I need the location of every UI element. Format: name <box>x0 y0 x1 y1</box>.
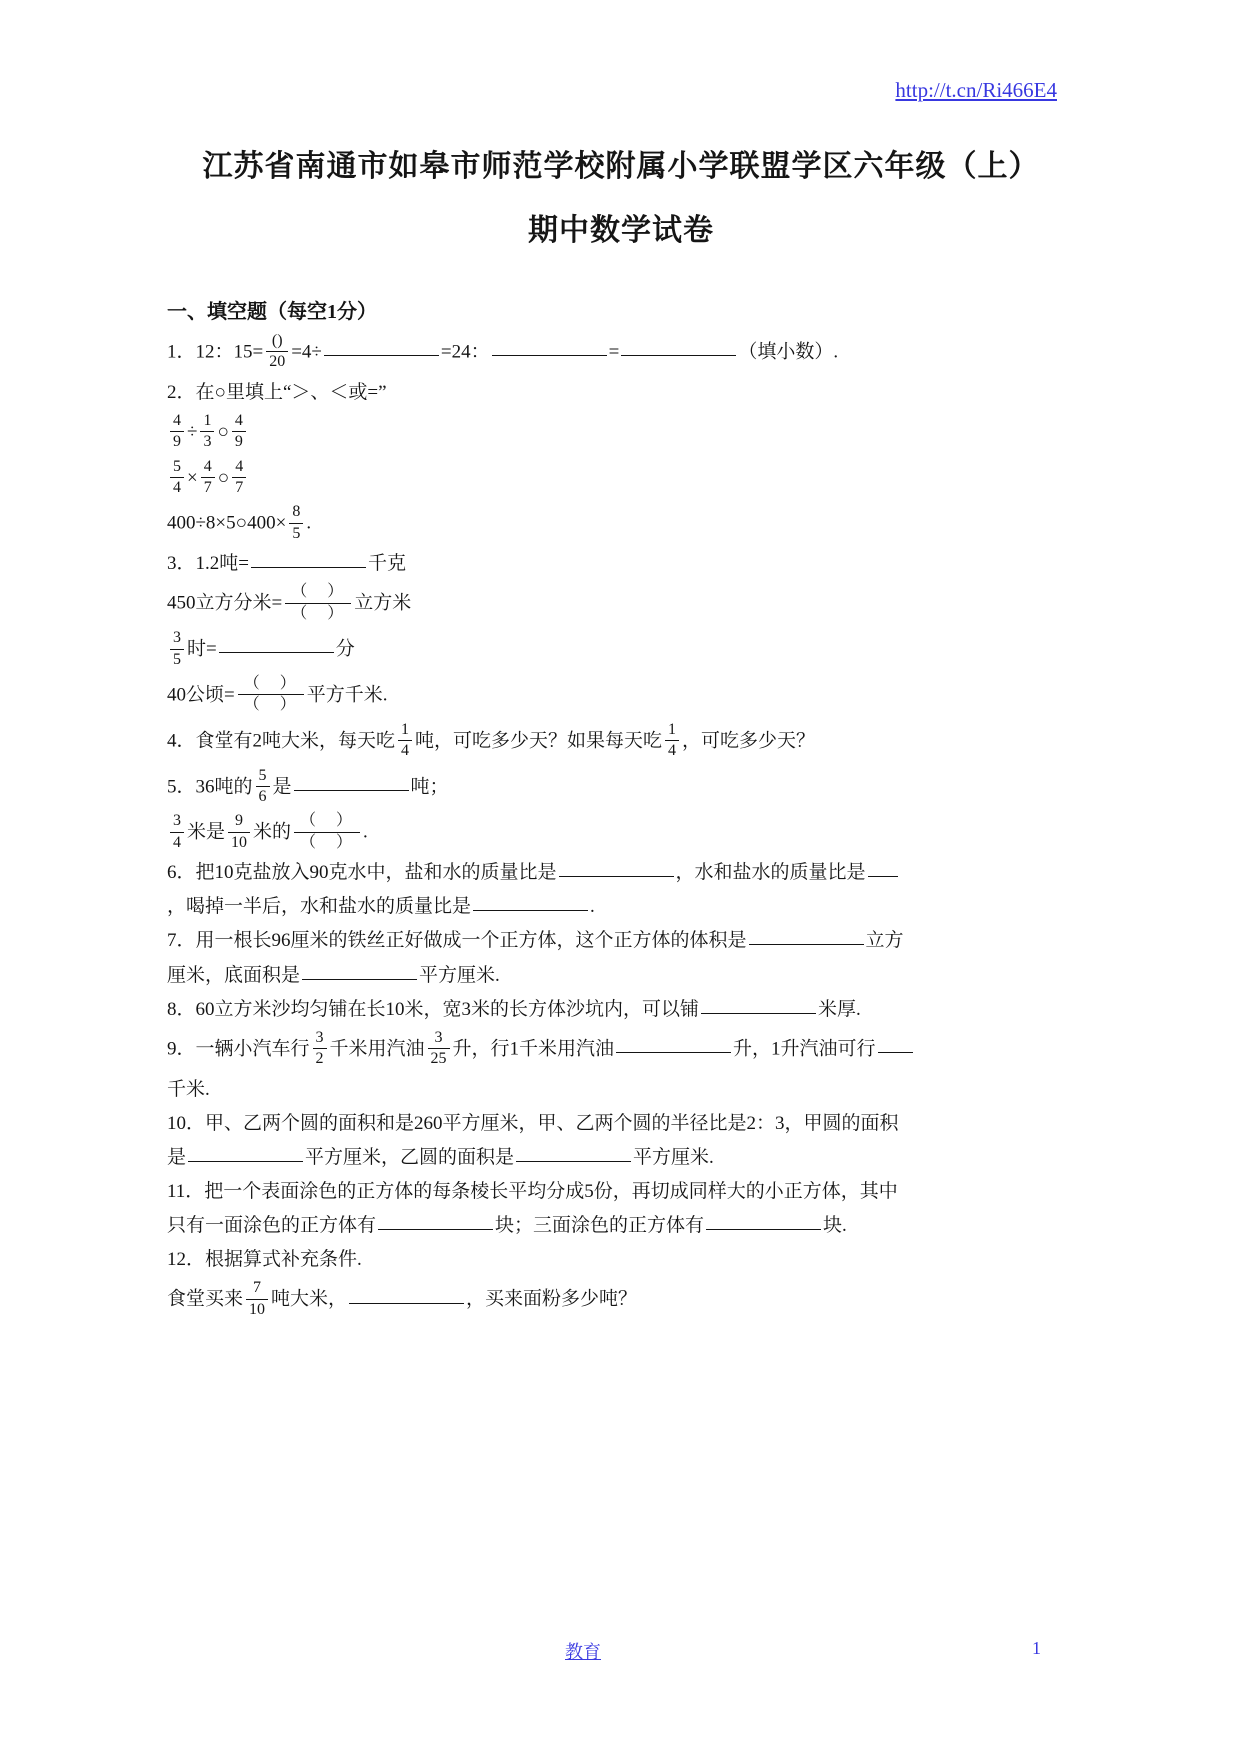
question-2-expr-1: 49÷13○49 <box>167 410 1075 454</box>
question-6-line-2: ，喝掉一半后，水和盐水的质量比是. <box>167 890 1075 922</box>
fraction: 710 <box>246 1279 268 1319</box>
fraction-denominator: 4 <box>665 741 679 760</box>
question-text: 450立方分米= <box>167 593 282 614</box>
question-text: ○ <box>218 467 229 488</box>
fraction: 47 <box>232 458 246 498</box>
question-2-expr-2: 54×47○47 <box>167 456 1075 500</box>
question-text: 平方厘米. <box>419 965 500 986</box>
question-9-line-2: 千米. <box>167 1073 1075 1105</box>
footer-education-link[interactable]: 教育 <box>565 1638 601 1664</box>
fraction: 49 <box>232 412 246 452</box>
question-text: 是 <box>273 776 292 797</box>
question-text: 时= <box>187 639 217 660</box>
answer-blank <box>616 1033 731 1053</box>
answer-blank <box>188 1142 303 1162</box>
question-text: 千克 <box>368 553 406 574</box>
question-text: 12．根据算式补充条件. <box>167 1249 362 1270</box>
fraction-denominator: （ ） <box>285 604 351 623</box>
fraction-numerator: 4 <box>201 458 215 478</box>
question-text: 米的 <box>253 822 291 843</box>
page-footer: 教育 1 <box>0 1638 1241 1666</box>
question-11-line-2: 只有一面涂色的正方体有块；三面涂色的正方体有块. <box>167 1209 1075 1241</box>
fraction-denominator: 2 <box>313 1049 327 1068</box>
question-4: 4．食堂有2吨大米，每天吃14吨，可吃多少天？如果每天吃14，可吃多少天？ <box>167 719 1075 763</box>
answer-blank <box>516 1142 631 1162</box>
question-text: =24： <box>441 341 490 362</box>
exam-paper-page: http://t.cn/Ri466E4 江苏省南通市如皋市师范学校附属小学联盟学… <box>0 0 1241 1754</box>
fraction-numerator: （ ） <box>238 675 304 695</box>
fraction-denominator: 4 <box>170 478 184 497</box>
fraction-denominator: 4 <box>170 833 184 852</box>
answer-blank <box>349 1284 464 1304</box>
question-text: 400÷8×5○400× <box>167 513 286 534</box>
question-2: 2．在○里填上“＞、＜或=” <box>167 376 1075 408</box>
fraction-denominator: 20 <box>266 352 288 371</box>
question-text: 9．一辆小汽车行 <box>167 1038 310 1059</box>
fraction: 13 <box>200 412 214 452</box>
question-12: 12．根据算式补充条件. <box>167 1243 1075 1275</box>
answer-blank <box>621 336 736 356</box>
question-5-line-2: 34米是910米的（ ）（ ）. <box>167 810 1075 854</box>
question-text: 40公顷= <box>167 684 235 705</box>
fraction: 47 <box>201 458 215 498</box>
question-text: ○ <box>217 421 228 442</box>
fraction-numerator: 7 <box>246 1279 268 1299</box>
answer-blank <box>749 925 864 945</box>
question-text: 平方厘米. <box>633 1147 714 1168</box>
fraction-denominator: 4 <box>398 741 412 760</box>
answer-blank <box>302 960 417 980</box>
question-text: 是 <box>167 1147 186 1168</box>
fraction-numerator: () <box>266 332 288 352</box>
question-text: . <box>306 513 311 534</box>
question-7-line-2: 厘米，底面积是平方厘米. <box>167 959 1075 991</box>
answer-blank <box>559 857 674 877</box>
fraction: 56 <box>256 767 270 807</box>
question-text: 立方 <box>866 931 904 952</box>
question-text: 升，行1千米用汽油 <box>453 1038 615 1059</box>
fraction: 14 <box>398 721 412 761</box>
question-text: 分 <box>336 639 355 660</box>
fraction: 54 <box>170 458 184 498</box>
answer-blank <box>324 336 439 356</box>
question-5: 5．36吨的56是吨； <box>167 765 1075 809</box>
question-text: 6．把10克盐放入90克水中，盐和水的质量比是 <box>167 862 557 883</box>
question-12-line-2: 食堂买来710吨大米，，买来面粉多少吨？ <box>167 1277 1075 1321</box>
fraction-numerator: 8 <box>289 503 303 523</box>
question-text: 8．60立方米沙均匀铺在长10米，宽3米的长方体沙坑内，可以铺 <box>167 999 699 1020</box>
question-text: 千米用汽油 <box>330 1038 425 1059</box>
paper-title-line-2: 期中数学试卷 <box>167 212 1075 250</box>
paper-title-line-1: 江苏省南通市如皋市师范学校附属小学联盟学区六年级（上） <box>167 148 1075 186</box>
question-text: . <box>363 822 368 843</box>
fraction: （ ）（ ） <box>285 583 351 623</box>
fraction-numerator: （ ） <box>294 812 360 832</box>
question-text: × <box>187 467 198 488</box>
fraction-numerator: 3 <box>428 1029 450 1049</box>
fraction-denominator: 10 <box>228 833 250 852</box>
question-text: 4．食堂有2吨大米，每天吃 <box>167 730 395 751</box>
question-text: 厘米，底面积是 <box>167 965 300 986</box>
fraction-numerator: （ ） <box>285 583 351 603</box>
fraction: （ ）（ ） <box>238 675 304 715</box>
fraction: （ ）（ ） <box>294 812 360 852</box>
answer-blank <box>868 857 898 877</box>
question-3-line-2: 450立方分米=（ ）（ ）立方米 <box>167 581 1075 625</box>
question-10: 10．甲、乙两个圆的面积和是260平方厘米，甲、乙两个圆的半径比是2：3，甲圆的… <box>167 1107 1075 1139</box>
question-text: 吨大米， <box>271 1289 347 1310</box>
fraction-numerator: 3 <box>170 812 184 832</box>
fraction-denominator: 5 <box>289 524 303 543</box>
question-text: 1．12：15= <box>167 341 263 362</box>
question-text: 平方千米. <box>307 684 388 705</box>
fraction: 34 <box>170 812 184 852</box>
fraction-denominator: 5 <box>170 650 184 669</box>
question-text: 平方厘米，乙圆的面积是 <box>305 1147 514 1168</box>
fraction-numerator: 5 <box>256 767 270 787</box>
fraction-numerator: 3 <box>313 1029 327 1049</box>
question-text: 立方米 <box>354 593 411 614</box>
question-text: 2．在○里填上“＞、＜或=” <box>167 382 387 403</box>
question-11: 11．把一个表面涂色的正方体的每条棱长平均分成5份，再切成同样大的小正方体，其中 <box>167 1175 1075 1207</box>
question-text: . <box>590 896 595 917</box>
fraction-denominator: 6 <box>256 787 270 806</box>
fraction: 35 <box>170 629 184 669</box>
fraction-numerator: 1 <box>398 721 412 741</box>
question-10-line-2: 是平方厘米，乙圆的面积是平方厘米. <box>167 1141 1075 1173</box>
answer-blank <box>378 1210 493 1230</box>
fraction: 32 <box>313 1029 327 1069</box>
fraction-numerator: 1 <box>200 412 214 432</box>
question-text: ，水和盐水的质量比是 <box>676 862 866 883</box>
question-text: ，可吃多少天？ <box>682 730 815 751</box>
question-text: ，喝掉一半后，水和盐水的质量比是 <box>167 896 471 917</box>
fraction-numerator: 4 <box>232 458 246 478</box>
fraction-denominator: 9 <box>170 432 184 451</box>
question-text: 11．把一个表面涂色的正方体的每条棱长平均分成5份，再切成同样大的小正方体，其中 <box>167 1181 898 1202</box>
fraction: 325 <box>428 1029 450 1069</box>
answer-blank <box>878 1033 913 1053</box>
question-3-line-4: 40公顷=（ ）（ ）平方千米. <box>167 673 1075 717</box>
answer-blank <box>473 891 588 911</box>
question-text: ÷ <box>187 421 197 442</box>
fraction-numerator: 4 <box>232 412 246 432</box>
fraction-numerator: 3 <box>170 629 184 649</box>
source-url-link[interactable]: http://t.cn/Ri466E4 <box>895 78 1057 102</box>
question-text: ，买来面粉多少吨？ <box>466 1289 637 1310</box>
question-1: 1．12：15=()20=4÷=24：=（填小数）. <box>167 330 1075 374</box>
question-3: 3．1.2吨=千克 <box>167 547 1075 579</box>
question-text: =4÷ <box>291 341 322 362</box>
answer-blank <box>294 771 409 791</box>
question-7: 7．用一根长96厘米的铁丝正好做成一个正方体，这个正方体的体积是立方 <box>167 924 1075 956</box>
question-8: 8．60立方米沙均匀铺在长10米，宽3米的长方体沙坑内，可以铺米厚. <box>167 993 1075 1025</box>
fraction-denominator: 7 <box>232 478 246 497</box>
question-text: 5．36吨的 <box>167 776 253 797</box>
fraction-denominator: 9 <box>232 432 246 451</box>
question-text: = <box>609 341 620 362</box>
question-3-line-3: 35时=分 <box>167 627 1075 671</box>
fraction: 49 <box>170 412 184 452</box>
question-9: 9．一辆小汽车行32千米用汽油325升，行1千米用汽油升，1升汽油可行 <box>167 1027 1075 1071</box>
fraction: 85 <box>289 503 303 543</box>
answer-blank <box>251 548 366 568</box>
answer-blank <box>701 994 816 1014</box>
question-text: 7．用一根长96厘米的铁丝正好做成一个正方体，这个正方体的体积是 <box>167 931 747 952</box>
question-text: 千米. <box>167 1079 210 1100</box>
fraction: 14 <box>665 721 679 761</box>
answer-blank <box>492 336 607 356</box>
top-link-row: http://t.cn/Ri466E4 <box>167 78 1075 110</box>
page-number: 1 <box>1032 1638 1041 1659</box>
fraction-numerator: 9 <box>228 812 250 832</box>
answer-blank <box>706 1210 821 1230</box>
question-text: 只有一面涂色的正方体有 <box>167 1215 376 1236</box>
question-text: 米厚. <box>818 999 861 1020</box>
fraction-denominator: 25 <box>428 1049 450 1068</box>
fraction-numerator: 4 <box>170 412 184 432</box>
question-text: 块；三面涂色的正方体有 <box>495 1215 704 1236</box>
question-text: 吨； <box>411 776 449 797</box>
answer-blank <box>219 633 334 653</box>
question-text: 3．1.2吨= <box>167 553 249 574</box>
fraction-denominator: 7 <box>201 478 215 497</box>
question-text: 米是 <box>187 822 225 843</box>
question-text: 10．甲、乙两个圆的面积和是260平方厘米，甲、乙两个圆的半径比是2：3，甲圆的… <box>167 1113 899 1134</box>
question-text: 食堂买来 <box>167 1289 243 1310</box>
question-text: （填小数）. <box>738 341 838 362</box>
question-6: 6．把10克盐放入90克水中，盐和水的质量比是，水和盐水的质量比是 <box>167 856 1075 888</box>
fraction: 910 <box>228 812 250 852</box>
fraction-numerator: 5 <box>170 458 184 478</box>
question-text: 块. <box>823 1215 847 1236</box>
section-header-fill-in-blanks: 一、填空题（每空1分） <box>167 298 1075 326</box>
fraction: ()20 <box>266 332 288 372</box>
fraction-numerator: 1 <box>665 721 679 741</box>
fraction-denominator: （ ） <box>238 695 304 714</box>
fraction-denominator: （ ） <box>294 833 360 852</box>
fraction-denominator: 10 <box>246 1300 268 1319</box>
question-text: 吨，可吃多少天？如果每天吃 <box>415 730 662 751</box>
question-text: 升，1升汽油可行 <box>733 1038 876 1059</box>
question-2-expr-3: 400÷8×5○400×85. <box>167 501 1075 545</box>
fraction-denominator: 3 <box>200 432 214 451</box>
questions-list: 1．12：15=()20=4÷=24：=（填小数）.2．在○里填上“＞、＜或=”… <box>167 330 1075 1321</box>
